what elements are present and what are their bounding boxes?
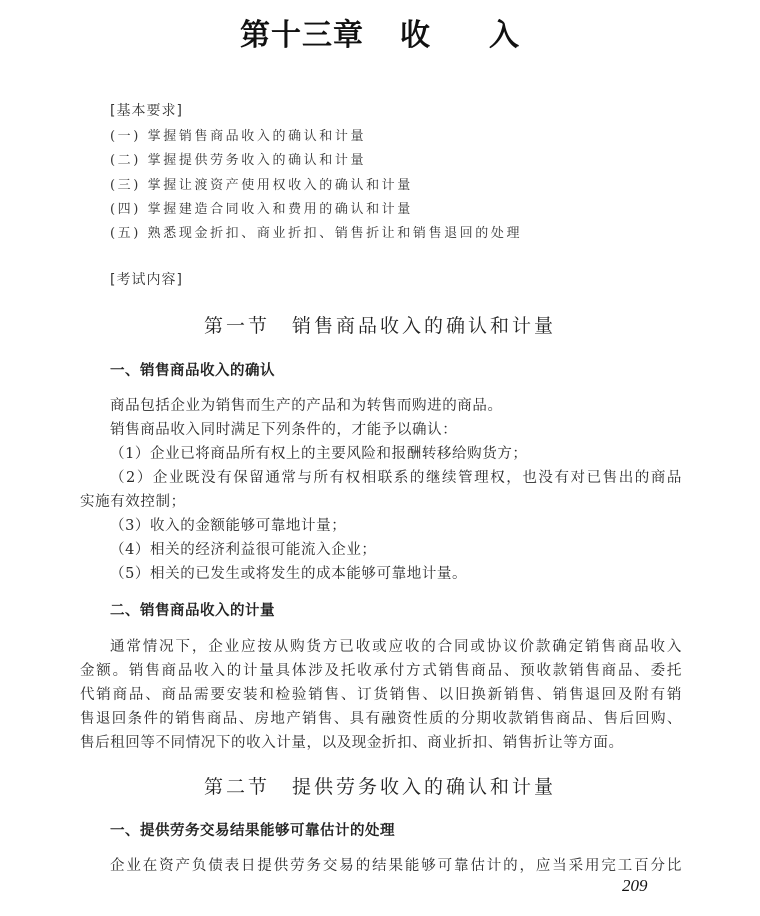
document-page: 第十三章收入 [基本要求] (一) 掌握销售商品收入的确认和计量 (二) 掌握提… [0, 0, 760, 916]
chapter-number: 第十三章 [240, 18, 364, 53]
section-1-sub-2-heading: 二、销售商品收入的计量 [110, 599, 275, 620]
paragraph-line: 金额。销售商品收入的计量具体涉及托收承付方式销售商品、预收款销售商品、委托 [80, 659, 682, 680]
condition-item: （2）企业既没有保留通常与所有权相联系的继续管理权，也没有对已售出的商品 [110, 466, 682, 487]
section-1-title: 第一节销售商品收入的确认和计量 [0, 311, 760, 338]
requirement-item: (四) 掌握建造合同收入和费用的确认和计量 [110, 198, 413, 217]
basic-requirements-heading: [基本要求] [110, 100, 183, 120]
paragraph-line: 商品包括企业为销售而生产的产品和为转售而购进的商品。 [110, 394, 503, 415]
chapter-title-char-1: 收 [400, 18, 431, 53]
page-number: 209 [622, 876, 648, 896]
chapter-title-char-2: 入 [489, 18, 520, 53]
paragraph-line: 通常情况下，企业应按从购货方已收或应收的合同或协议价款确定销售商品收入 [110, 635, 682, 656]
section-1-sub-1-heading: 一、销售商品收入的确认 [110, 359, 275, 380]
condition-item: （3）收入的金额能够可靠地计量； [110, 514, 346, 535]
condition-item: （4）相关的经济利益很可能流入企业； [110, 538, 377, 559]
condition-item-continuation: 实施有效控制； [80, 490, 186, 511]
section-2-number: 第二节 [204, 776, 270, 798]
paragraph-line: 代销商品、商品需要安装和检验销售、订货销售、以旧换新销售、销售退回及附有销 [80, 683, 682, 704]
condition-item: （1）企业已将商品所有权上的主要风险和报酬转移给购货方； [110, 442, 528, 463]
condition-item: （5）相关的已发生或将发生的成本能够可靠地计量。 [110, 562, 467, 583]
paragraph-line: 企业在资产负债表日提供劳务交易的结果能够可靠估计的，应当采用完工百分比 [110, 854, 682, 875]
section-2-sub-1-heading: 一、提供劳务交易结果能够可靠估计的处理 [110, 819, 395, 840]
requirement-item: (三) 掌握让渡资产使用权收入的确认和计量 [110, 174, 413, 193]
exam-content-heading: [考试内容] [110, 269, 183, 289]
paragraph-line: 售退回条件的销售商品、房地产销售、具有融资性质的分期收款销售商品、售后回购、 [80, 707, 682, 728]
section-1-number: 第一节 [204, 315, 270, 337]
section-1-title-text: 销售商品收入的确认和计量 [292, 315, 556, 337]
paragraph-line: 售后租回等不同情况下的收入计量，以及现金折扣、商业折扣、销售折让等方面。 [80, 731, 624, 752]
section-2-title-text: 提供劳务收入的确认和计量 [292, 776, 556, 798]
requirement-item: (一) 掌握销售商品收入的确认和计量 [110, 125, 366, 144]
requirement-item: (五) 熟悉现金折扣、商业折扣、销售折让和销售退回的处理 [110, 222, 522, 241]
chapter-title: 第十三章收入 [0, 10, 760, 54]
section-2-title: 第二节提供劳务收入的确认和计量 [0, 772, 760, 799]
paragraph-line: 销售商品收入同时满足下列条件的，才能予以确认： [110, 418, 457, 439]
requirement-item: (二) 掌握提供劳务收入的确认和计量 [110, 149, 366, 168]
